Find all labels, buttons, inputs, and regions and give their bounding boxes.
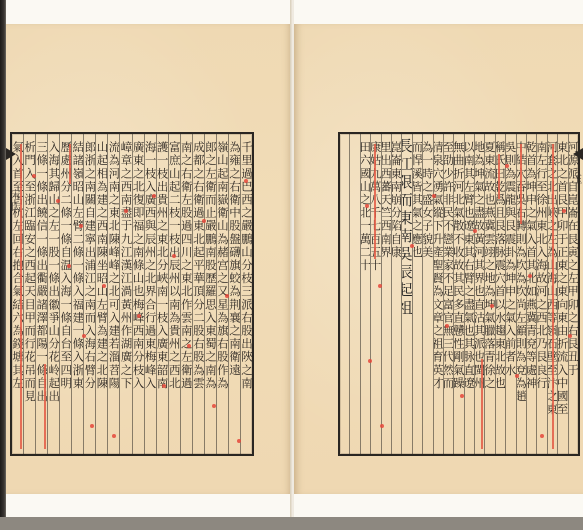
- red-punctuation-dot: [568, 334, 572, 338]
- red-punctuation-dot: [368, 359, 372, 363]
- red-punctuation-dot: [225, 294, 229, 298]
- red-punctuation-dot: [162, 384, 166, 388]
- text-column: 富庶山起二枝一枝出辰州以南為貴州之西北: [168, 134, 180, 454]
- open-book: 宋氏 千里過巴西之嚴鵬山分枝三派右股出陜之南 為雍之右衛中股盤礴旗蛟為荆襄之南衛…: [0, 0, 583, 530]
- text-column: 東北之首艮甲卯于正東之東向東由折流入中國至: [557, 134, 567, 454]
- red-punctuation-dot: [445, 324, 449, 328]
- red-punctuation-dot: [490, 304, 494, 308]
- text-column: 以南其左臂也遼東其右臂之盡氣也其脉直遼: [464, 134, 474, 454]
- text-column: 嶂章之西南盡于九江漢江渦黃州作湖廣之下: [119, 134, 131, 454]
- right-page-paper: 玉 河源派自崑崙在艮寅之左甲卯之右艮丑于 東北之首艮甲卯于正東之東向東由折流入中…: [294, 24, 583, 494]
- text-column: 而悍溪皆其氣之應也: [412, 134, 422, 454]
- text-column: 乾首為坤申之氣入首其北如燕冀青兗等處神: [526, 134, 536, 454]
- text-column: 河源派自崑崙在艮寅之左甲卯之右艮丑于: [568, 134, 578, 454]
- red-punctuation-dot: [67, 264, 71, 268]
- red-underline-mark: [481, 359, 483, 449]
- red-punctuation-dot: [137, 314, 141, 318]
- text-column: 成都之右衛過東北起平華頂分二股右股為雲: [192, 134, 204, 454]
- text-column: 郎浙之南關自建寧出浦江之南而入海右臂分: [83, 134, 95, 454]
- text-column: 吳則為震龍與艮震卦為坤申之氣入前者水: [505, 134, 515, 454]
- left-page-paper: 宋氏 千里過巴西之嚴鵬山分枝三派右股出陜之南 為雍之右衛中股盤礴旗蛟為荆襄之南衛…: [6, 24, 292, 494]
- text-column: 為雍之右衛中股盤礴旗蛟為荆襄之南衛遠: [228, 134, 240, 454]
- red-punctuation-dot: [90, 424, 94, 428]
- red-punctuation-dot: [172, 254, 176, 258]
- red-punctuation-dot: [528, 274, 532, 278]
- right-text-columns: 河源派自崑崙在艮寅之左甲卯之右艮丑于 東北之首艮甲卯于正東之東向東由折流入中國至…: [340, 134, 578, 454]
- text-column: 結諸嶺昭山左臂二條一條入福建一條入浙東: [71, 134, 83, 454]
- text-column: 海一枝入廣西與辰州之北界合行過東梅峰入: [144, 134, 156, 454]
- red-underline-mark: [20, 144, 22, 449]
- text-column: 田六國山之北一萬二十: [360, 134, 370, 454]
- text-column: 析門入至浙江臨安之西起天目甲而行花吊而見: [23, 134, 35, 454]
- text-column: 護一枝出貴州之東北分峽南一枝入廣東韶南: [156, 134, 168, 454]
- text-column: 至劭少許非民不戀業家不足富官無三代然而: [443, 134, 453, 454]
- red-underline-mark: [498, 154, 500, 199]
- right-text-frame: 河源派自崑崙在艮寅之左甲卯之右艮丑于 東北之首艮甲卯于正東之東向東由折流入中國至…: [338, 132, 580, 456]
- text-column: 崑崙東南崩分陷自康: [391, 134, 401, 454]
- red-punctuation-dot: [460, 394, 464, 398]
- empty-column: [349, 134, 359, 454]
- red-punctuation-dot: [380, 424, 384, 428]
- red-punctuation-dot: [410, 244, 414, 248]
- red-punctuation-dot: [152, 194, 156, 198]
- red-punctuation-dot: [505, 164, 509, 168]
- red-punctuation-dot: [378, 284, 382, 288]
- red-underline-mark: [520, 144, 522, 224]
- section-title-column: 長江限而東南吳辰起祖: [401, 134, 411, 454]
- text-column: 南之右衛左股過四川之東北作雲南之左衛過: [180, 134, 192, 454]
- red-punctuation-dot: [32, 174, 36, 178]
- red-punctuation-dot: [82, 334, 86, 338]
- red-punctuation-dot: [212, 404, 216, 408]
- text-column: 里出西蕃天竺西南界: [381, 134, 391, 454]
- left-text-columns: 千里過巴西之嚴鵬山分枝三派右股出陜之南 為雍之右衛中股盤礴旗蛟為荆襄之南衛遠 嶺…: [12, 134, 252, 454]
- empty-column: [340, 134, 349, 454]
- red-underline-mark: [44, 364, 46, 449]
- text-column: 入海其歸山之左一股一條出徽爭山分花岭起出: [47, 134, 59, 454]
- left-text-frame: 千里過巴西之嚴鵬山分枝三派右股出陜之南 為雍之右衛中股盤礴旗蛟為荆襄之南衛遠 嶺…: [10, 132, 254, 456]
- red-punctuation-dot: [515, 374, 519, 378]
- red-punctuation-dot: [56, 199, 60, 203]
- red-underline-mark: [552, 144, 554, 449]
- text-column: 廣東之北復即福之南條山也梅峰西南分枝入: [132, 134, 144, 454]
- red-punctuation-dot: [202, 219, 206, 223]
- red-underline-mark: [374, 144, 376, 259]
- red-underline-mark: [69, 144, 71, 184]
- text-column: 南左行至徐州東北入海故河之西北乃艮良行: [536, 134, 546, 454]
- red-punctuation-dot: [473, 229, 477, 233]
- red-punctuation-dot: [112, 434, 116, 438]
- red-punctuation-dot: [562, 209, 566, 213]
- red-punctuation-dot: [244, 179, 248, 183]
- left-page: 宋氏 千里過巴西之嚴鵬山分枝三派右股出陜之南 為雍之右衛中股盤礴旗蛟為荆襄之南衛…: [6, 0, 292, 517]
- right-page: 玉 河源派自崑崙在艮寅之左甲卯之右艮丑于 東北之首艮甲卯于正東之東向東由折流入中…: [294, 0, 583, 517]
- text-column: 無曲折河北氣散不收故其民多直戇性剛氣躁: [453, 134, 463, 454]
- red-punctuation-dot: [79, 224, 83, 228]
- red-punctuation-dot: [237, 439, 241, 443]
- text-column: 清泉穴湧氣縱下升產聖賢為文章之祖育英才: [433, 134, 443, 454]
- red-punctuation-dot: [124, 209, 128, 213]
- text-column: 地為坤氣之盡故黃河其界也直沽其派也閩州: [474, 134, 484, 454]
- red-punctuation-dot: [540, 434, 544, 438]
- red-punctuation-dot: [365, 204, 369, 208]
- red-punctuation-dot: [187, 344, 191, 348]
- table-surface: [0, 517, 583, 530]
- red-punctuation-dot: [432, 194, 436, 198]
- text-column: 為一時之盛女子貌美: [422, 134, 432, 454]
- red-punctuation-dot: [102, 284, 106, 288]
- text-column: 夏東流故也燕冀雲翊之地為坤氣臘落青徐之: [484, 134, 494, 454]
- text-column: 稱氏曰乾爲且艮落脉震穴首以水趨東北故也: [495, 134, 505, 454]
- text-column: 山起相為建之西南陳坐昭山左臂為建之北陳: [95, 134, 107, 454]
- text-column: 流為河南之東北陳峰峰之北可入建若溜苕陽: [107, 134, 119, 454]
